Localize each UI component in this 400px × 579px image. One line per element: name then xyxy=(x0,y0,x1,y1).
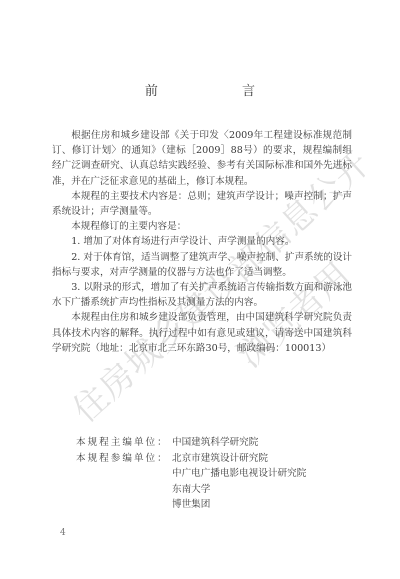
editing-units: 本规程主编单位： 中国建筑科学研究院 本规程参编单位： 北京市建筑设计研究院 中… xyxy=(76,435,306,513)
paragraph: 本规程修订的主要内容是： xyxy=(52,219,352,234)
participant-unit: 中广电广播电影电视设计研究院 xyxy=(172,466,306,482)
participant-unit: 博世集团 xyxy=(172,497,306,513)
chief-unit: 中国建筑科学研究院 xyxy=(172,435,258,451)
paragraph: 本规程由住房和城乡建设部负责管理，由中国建筑科学研究院负责具体技术内容的解释。执… xyxy=(52,310,352,356)
paragraph: 本规程的主要技术内容是：总则；建筑声学设计；噪声控制；扩声系统设计；声学测量等。 xyxy=(52,189,352,219)
participant-unit-label: 本规程参编单位： xyxy=(76,451,172,513)
chief-unit-row: 本规程主编单位： 中国建筑科学研究院 xyxy=(76,435,306,451)
participant-unit: 东南大学 xyxy=(172,482,306,498)
participant-unit-row: 本规程参编单位： 北京市建筑设计研究院 中广电广播电影电视设计研究院 东南大学 … xyxy=(76,451,306,513)
chief-unit-label: 本规程主编单位： xyxy=(76,435,172,451)
participant-unit: 北京市建筑设计研究院 xyxy=(172,451,306,467)
paragraph: 3. 以附录的形式，增加了有关扩声系统语言传输指数方面和游泳池水下广播系统扩声均… xyxy=(52,280,352,310)
paragraph: 1. 增加了对体育场进行声学设计、声学测量的内容。 xyxy=(52,234,352,249)
paragraph: 根据住房和城乡建设部《关于印发〈2009年工程建设标准规范制订、修订计划〉的通知… xyxy=(52,128,352,189)
page-title: 前 言 xyxy=(0,80,400,99)
preface-body: 根据住房和城乡建设部《关于印发〈2009年工程建设标准规范制订、修订计划〉的通知… xyxy=(52,128,352,356)
page-number: 4 xyxy=(60,528,66,538)
paragraph: 2. 对于体育馆，适当调整了建筑声学、噪声控制、扩声系统的设计指标与要求，对声学… xyxy=(52,250,352,280)
